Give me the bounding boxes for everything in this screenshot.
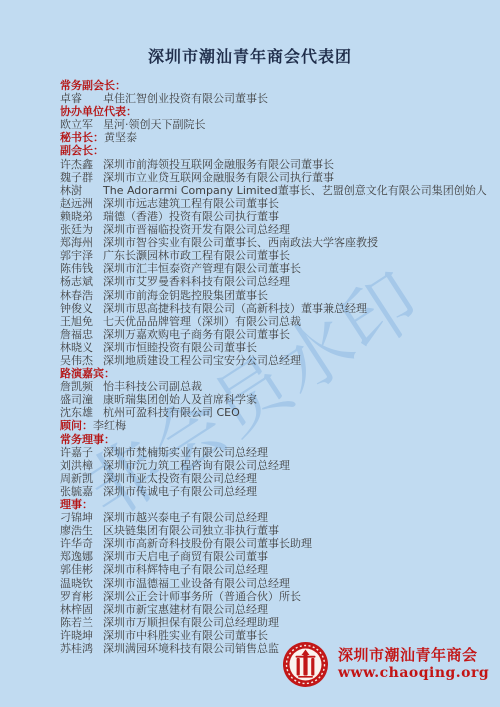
- member-row: 沈东雄杭州可盈科技有限公司 CEO: [60, 406, 490, 419]
- member-name: 刘洪樟: [60, 459, 103, 472]
- member-row: 陈伟钱深圳市汇丰恒泰资产管理有限公司董事长: [60, 262, 490, 275]
- member-name: 詹福忠: [60, 328, 103, 341]
- section-row: 理事：: [60, 498, 490, 511]
- member-role: 深圳市新宝惠建材有限公司总经理: [103, 603, 268, 616]
- footer-url: www.chaoqing.org: [338, 665, 489, 683]
- member-role: 怡丰科技公司副总裁: [103, 380, 202, 393]
- inline-member-name: 黄坚泰: [104, 131, 137, 144]
- member-role: 深圳市智谷实业有限公司董事长、西南政法大学客座教授: [103, 236, 378, 249]
- section-label: 路演嘉宾：: [60, 367, 115, 380]
- member-role: 星河·领创天下副院长: [103, 118, 206, 131]
- member-name: 张廷为: [60, 223, 103, 236]
- section-label: 副会长：: [60, 144, 104, 157]
- member-name: 欧立军: [60, 118, 103, 131]
- member-row: 罗育彬深圳公正会计师事务所（普通合伙）所长: [60, 590, 490, 603]
- member-role: 深圳市思高捷科技有限公司（高新科技）董事兼总经理: [103, 302, 367, 315]
- member-name: 张毓嘉: [60, 485, 103, 498]
- member-role: 深圳市汇丰恒泰资产管理有限公司董事长: [103, 262, 301, 275]
- roster-page: 非会员水印 深圳市潮汕青年商会代表团 常务副会长：卓睿卓佳汇智创业投资有限公司董…: [0, 0, 500, 707]
- member-name: 郑海州: [60, 236, 103, 249]
- member-name: 林澍: [60, 184, 103, 197]
- member-row: 郑逸娜深圳市天启电子商贸有限公司董事: [60, 550, 490, 563]
- member-name: 温晓钦: [60, 577, 103, 590]
- member-role: 广东长灏园林市政工程有限公司董事长: [103, 249, 290, 262]
- member-name: 赵远洲: [60, 197, 103, 210]
- member-name: 杨志斌: [60, 275, 103, 288]
- member-name: 王旭免: [60, 315, 103, 328]
- member-name: 刁锦坤: [60, 511, 103, 524]
- section-label: 常务副会长：: [60, 79, 126, 92]
- member-row: 詹福忠深圳万嘉欢购电子商务有限公司董事长: [60, 328, 490, 341]
- member-role: 康昕瑞集团创始人及首席科学家: [103, 393, 257, 406]
- section-row: 秘书长：黄坚泰: [60, 131, 490, 144]
- member-row: 陈若兰深圳市万顺担保有限公司总经理助理: [60, 616, 490, 629]
- member-role: 区块链集团有限公司独立非执行董事: [103, 524, 279, 537]
- footer-org-name: 深圳市潮汕青年商会: [338, 646, 489, 665]
- member-role: 深圳市立业贷互联网金融服务有限公司执行董事: [103, 171, 334, 184]
- member-row: 郭佳彬深圳市科辉特电子有限公司总经理: [60, 563, 490, 576]
- member-name: 魏子群: [60, 171, 103, 184]
- member-role: 深圳万嘉欢购电子商务有限公司董事长: [103, 328, 290, 341]
- member-name: 林春浩: [60, 289, 103, 302]
- member-role: 深圳市沅力筑工程咨询有限公司总经理: [103, 459, 290, 472]
- member-row: 林晓义深圳市恒睦投资有限公司董事长: [60, 341, 490, 354]
- member-row: 张毓嘉深圳市传诚电子有限公司总经理: [60, 485, 490, 498]
- member-name: 盛司潼: [60, 393, 103, 406]
- member-name: 卓睿: [60, 92, 103, 105]
- member-role: 深圳市温德福工业设备有限公司总经理: [103, 577, 290, 590]
- member-role: 深圳市传诚电子有限公司总经理: [103, 485, 257, 498]
- member-role: 深圳地质建设工程公司宝安分公司总经理: [103, 354, 301, 367]
- member-name: 郭佳彬: [60, 563, 103, 576]
- member-name: 林晓义: [60, 341, 103, 354]
- member-role: 深圳市梵楠斯实业有限公司总经理: [103, 446, 268, 459]
- member-name: 许嘉子: [60, 446, 103, 459]
- member-name: 沈东雄: [60, 406, 103, 419]
- member-row: 郑海州深圳市智谷实业有限公司董事长、西南政法大学客座教授: [60, 236, 490, 249]
- section-row: 副会长：: [60, 144, 490, 157]
- member-role: 深圳市天启电子商贸有限公司董事: [103, 550, 268, 563]
- member-name: 钟俊义: [60, 302, 103, 315]
- member-row: 吴伟杰深圳地质建设工程公司宝安分公司总经理: [60, 354, 490, 367]
- chamber-seal-icon: [282, 641, 329, 688]
- member-role: 瑞德（香港）投资有限公司执行董事: [103, 210, 279, 223]
- member-role: 深圳市艾罗曼香料科技有限公司总经理: [103, 275, 290, 288]
- section-row: 路演嘉宾：: [60, 367, 490, 380]
- section-label: 秘书长：: [60, 131, 104, 144]
- member-row: 廖浩生区块链集团有限公司独立非执行董事: [60, 524, 490, 537]
- member-row: 赵远洲深圳市远志建筑工程有限公司董事长: [60, 197, 490, 210]
- member-name: 陈伟钱: [60, 262, 103, 275]
- section-label: 协办单位代表：: [60, 105, 137, 118]
- section-row: 常务副会长：: [60, 79, 490, 92]
- member-role: 深圳公正会计师事务所（普通合伙）所长: [103, 590, 301, 603]
- member-row: 卓睿卓佳汇智创业投资有限公司董事长: [60, 92, 490, 105]
- member-row: 许嘉子深圳市梵楠斯实业有限公司总经理: [60, 446, 490, 459]
- member-row: 刁锦坤深圳市越兴泰电子有限公司总经理: [60, 511, 490, 524]
- member-role: 深圳市晋福临投资开发有限公司总经理: [103, 223, 290, 236]
- member-row: 钟俊义深圳市思高捷科技有限公司（高新科技）董事兼总经理: [60, 302, 490, 315]
- member-row: 周新凯深圳市亚太投资有限公司总经理: [60, 472, 490, 485]
- member-row: 林春浩深圳市前海金钥匙控股集团董事长: [60, 289, 490, 302]
- section-label: 顾问：: [60, 419, 93, 432]
- member-row: 张廷为深圳市晋福临投资开发有限公司总经理: [60, 223, 490, 236]
- member-name: 詹凯频: [60, 380, 103, 393]
- member-name: 林梓固: [60, 603, 103, 616]
- member-row: 詹凯频怡丰科技公司副总裁: [60, 380, 490, 393]
- member-name: 许晓坤: [60, 629, 103, 642]
- member-row: 许华奇深圳市高新奇科技股份有限公司董事长助理: [60, 537, 490, 550]
- member-role: 深圳市越兴泰电子有限公司总经理: [103, 511, 268, 524]
- member-name: 许华奇: [60, 537, 103, 550]
- roster-list: 常务副会长：卓睿卓佳汇智创业投资有限公司董事长协办单位代表：欧立军星河·领创天下…: [60, 79, 490, 655]
- page-title: 深圳市潮汕青年商会代表团: [0, 44, 500, 67]
- section-label: 常务理事：: [60, 433, 115, 446]
- member-role: 深圳市科辉特电子有限公司总经理: [103, 563, 268, 576]
- member-role: 深圳市前海金钥匙控股集团董事长: [103, 289, 268, 302]
- section-row: 常务理事：: [60, 433, 490, 446]
- member-row: 郭宇泽广东长灏园林市政工程有限公司董事长: [60, 249, 490, 262]
- footer: 深圳市潮汕青年商会 www.chaoqing.org: [282, 641, 489, 688]
- member-role: 深圳市远志建筑工程有限公司董事长: [103, 197, 279, 210]
- member-name: 周新凯: [60, 472, 103, 485]
- section-row: 顾问：李红梅: [60, 419, 490, 432]
- member-role: The Adorarmi Company Limited董事长、艺盟创意文化有限…: [103, 184, 487, 197]
- member-role: 深圳市亚太投资有限公司总经理: [103, 472, 257, 485]
- member-name: 陈若兰: [60, 616, 103, 629]
- member-row: 许杰鑫深圳市前海领投互联网金融服务有限公司董事长: [60, 158, 490, 171]
- member-row: 杨志斌深圳市艾罗曼香料科技有限公司总经理: [60, 275, 490, 288]
- member-role: 卓佳汇智创业投资有限公司董事长: [103, 92, 268, 105]
- member-role: 七天优品品牌管理（深圳）有限公司总裁: [103, 315, 301, 328]
- member-row: 赖晓弟瑞德（香港）投资有限公司执行董事: [60, 210, 490, 223]
- member-name: 罗育彬: [60, 590, 103, 603]
- section-label: 理事：: [60, 498, 93, 511]
- member-role: 深圳市恒睦投资有限公司董事长: [103, 341, 257, 354]
- member-row: 盛司潼康昕瑞集团创始人及首席科学家: [60, 393, 490, 406]
- member-row: 魏子群深圳市立业贷互联网金融服务有限公司执行董事: [60, 171, 490, 184]
- member-name: 苏桂鸿: [60, 642, 103, 655]
- member-role: 杭州可盈科技有限公司 CEO: [103, 406, 240, 419]
- member-role: 深圳市万顺担保有限公司总经理助理: [103, 616, 279, 629]
- member-role: 深圳满园环境科技有限公司销售总监: [103, 642, 279, 655]
- inline-member-name: 李红梅: [93, 419, 126, 432]
- member-row: 欧立军星河·领创天下副院长: [60, 118, 490, 131]
- member-role: 深圳市中科胜实业有限公司董事长: [103, 629, 268, 642]
- member-name: 廖浩生: [60, 524, 103, 537]
- member-row: 刘洪樟深圳市沅力筑工程咨询有限公司总经理: [60, 459, 490, 472]
- member-row: 林澍The Adorarmi Company Limited董事长、艺盟创意文化…: [60, 184, 490, 197]
- member-row: 温晓钦深圳市温德福工业设备有限公司总经理: [60, 577, 490, 590]
- member-row: 王旭免七天优品品牌管理（深圳）有限公司总裁: [60, 315, 490, 328]
- member-role: 深圳市高新奇科技股份有限公司董事长助理: [103, 537, 312, 550]
- member-name: 赖晓弟: [60, 210, 103, 223]
- member-name: 许杰鑫: [60, 158, 103, 171]
- member-role: 深圳市前海领投互联网金融服务有限公司董事长: [103, 158, 334, 171]
- section-row: 协办单位代表：: [60, 105, 490, 118]
- footer-text-block: 深圳市潮汕青年商会 www.chaoqing.org: [338, 646, 489, 682]
- member-name: 郭宇泽: [60, 249, 103, 262]
- member-name: 吴伟杰: [60, 354, 103, 367]
- member-row: 林梓固深圳市新宝惠建材有限公司总经理: [60, 603, 490, 616]
- member-name: 郑逸娜: [60, 550, 103, 563]
